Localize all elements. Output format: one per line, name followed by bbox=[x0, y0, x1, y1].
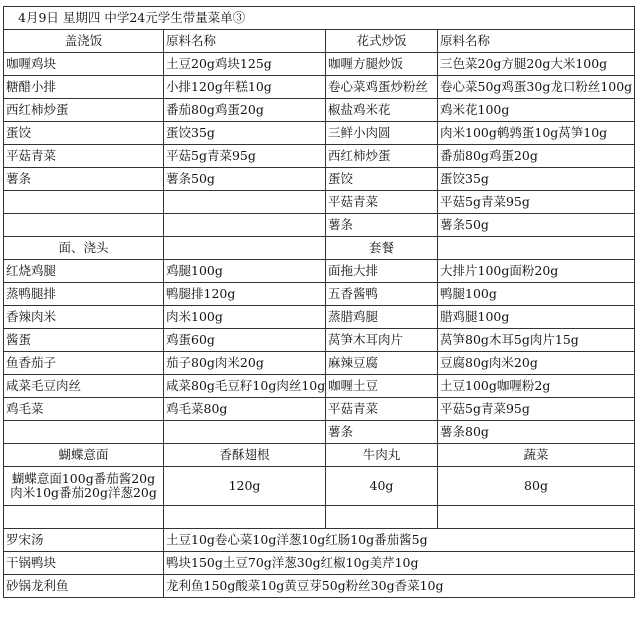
extra-chicken-wing-value: 120g bbox=[164, 467, 326, 506]
extra-vegetable-label: 蔬菜 bbox=[438, 444, 635, 467]
dish-name: 红烧鸡腿 bbox=[4, 260, 164, 283]
table-row: 平菇青菜 平菇5g青菜95g 西红柿炒蛋 番茄80g鸡蛋20g bbox=[4, 145, 635, 168]
dish-name: 蛋饺 bbox=[4, 122, 164, 145]
dish-ingredients: 平菇5g青菜95g bbox=[438, 398, 635, 421]
dish-name: 咸菜毛豆肉丝 bbox=[4, 375, 164, 398]
dish-ingredients bbox=[164, 191, 326, 214]
table-row: 咖喱鸡块 土豆20g鸡块125g 咖喱方腿炒饭 三色菜20g方腿20g大米100… bbox=[4, 53, 635, 76]
dish-ingredients: 茄子80g肉米20g bbox=[164, 352, 326, 375]
extras-values-row: 蝴蝶意面100g番茄酱20g 肉米10g番茄20g洋葱20g 120g 40g … bbox=[4, 467, 635, 506]
header-right-name: 花式炒饭 bbox=[326, 30, 438, 53]
header-left-ingredients: 原料名称 bbox=[164, 30, 326, 53]
table-row: 平菇青菜 平菇5g青菜95g bbox=[4, 191, 635, 214]
dish-name: 咖喱土豆 bbox=[326, 375, 438, 398]
title-row: 4月9日 星期四 中学24元学生带量菜单③ bbox=[4, 7, 635, 30]
dish-ingredients: 龙利鱼150g酸菜10g黄豆芽50g粉丝30g香菜10g bbox=[164, 575, 635, 598]
dish-ingredients: 鸡腿100g bbox=[164, 260, 326, 283]
dish-ingredients: 卷心菜50g鸡蛋30g龙口粉丝100g bbox=[438, 76, 635, 99]
header-row: 盖浇饭 原料名称 花式炒饭 原料名称 bbox=[4, 30, 635, 53]
dish-ingredients: 鸭块150g土豆70g洋葱30g红椒10g美芹10g bbox=[164, 552, 635, 575]
dish-ingredients: 番茄80g鸡蛋20g bbox=[164, 99, 326, 122]
table-row: 咸菜毛豆肉丝 咸菜80g毛豆籽10g肉丝10g 咖喱土豆 土豆100g咖喱粉2g bbox=[4, 375, 635, 398]
dish-ingredients bbox=[164, 214, 326, 237]
dish-ingredients: 大排片100g面粉20g bbox=[438, 260, 635, 283]
dish-ingredients: 肉米100g鹌鹑蛋10g莴笋10g bbox=[438, 122, 635, 145]
dish-ingredients: 肉米100g bbox=[164, 306, 326, 329]
table-row: 糖醋小排 小排120g年糕10g 卷心菜鸡蛋炒粉丝 卷心菜50g鸡蛋30g龙口粉… bbox=[4, 76, 635, 99]
table-row: 砂锅龙利鱼 龙利鱼150g酸菜10g黄豆芽50g粉丝30g香菜10g bbox=[4, 575, 635, 598]
dish-ingredients: 蛋饺35g bbox=[438, 168, 635, 191]
dish-name bbox=[4, 214, 164, 237]
dish-ingredients: 鸭腿100g bbox=[438, 283, 635, 306]
menu-title: 4月9日 星期四 中学24元学生带量菜单③ bbox=[4, 7, 635, 30]
dish-ingredients bbox=[164, 421, 326, 444]
dish-ingredients: 鸡蛋60g bbox=[164, 329, 326, 352]
menu-table: 4月9日 星期四 中学24元学生带量菜单③ 盖浇饭 原料名称 花式炒饭 原料名称… bbox=[3, 6, 635, 598]
dish-name: 三鲜小肉圆 bbox=[326, 122, 438, 145]
extra-beef-ball-label: 牛肉丸 bbox=[326, 444, 438, 467]
blank-cell bbox=[164, 506, 326, 529]
dish-name: 鸡毛菜 bbox=[4, 398, 164, 421]
dish-ingredients: 土豆100g咖喱粉2g bbox=[438, 375, 635, 398]
dish-name: 薯条 bbox=[326, 214, 438, 237]
dish-name: 咖喱鸡块 bbox=[4, 53, 164, 76]
section-header-row: 面、浇头 套餐 bbox=[4, 237, 635, 260]
blank-cell bbox=[326, 506, 438, 529]
section-header-noodles: 面、浇头 bbox=[4, 237, 164, 260]
dish-name: 薯条 bbox=[326, 421, 438, 444]
blank-cell bbox=[438, 506, 635, 529]
extra-chicken-wing-label: 香酥翅根 bbox=[164, 444, 326, 467]
table-row: 蒸鸭腿排 鸭腿排120g 五香酱鸭 鸭腿100g bbox=[4, 283, 635, 306]
dish-name: 酱蛋 bbox=[4, 329, 164, 352]
dish-ingredients: 莴笋80g木耳5g肉片15g bbox=[438, 329, 635, 352]
table-row: 蛋饺 蛋饺35g 三鲜小肉圆 肉米100g鹌鹑蛋10g莴笋10g bbox=[4, 122, 635, 145]
dish-name: 莴笋木耳肉片 bbox=[326, 329, 438, 352]
dish-name: 蛋饺 bbox=[326, 168, 438, 191]
dish-name: 砂锅龙利鱼 bbox=[4, 575, 164, 598]
table-row: 薯条 薯条50g 蛋饺 蛋饺35g bbox=[4, 168, 635, 191]
extra-beef-ball-value: 40g bbox=[326, 467, 438, 506]
dish-ingredients: 土豆10g卷心菜10g洋葱10g红肠10g番茄酱5g bbox=[164, 529, 635, 552]
table-row: 西红柿炒蛋 番茄80g鸡蛋20g 椒盐鸡米花 鸡米花100g bbox=[4, 99, 635, 122]
header-right-ingredients: 原料名称 bbox=[438, 30, 635, 53]
table-row: 薯条 薯条50g bbox=[4, 214, 635, 237]
table-row: 薯条 薯条80g bbox=[4, 421, 635, 444]
extras-header-row: 蝴蝶意面 香酥翅根 牛肉丸 蔬菜 bbox=[4, 444, 635, 467]
dish-ingredients: 三色菜20g方腿20g大米100g bbox=[438, 53, 635, 76]
dish-name: 蒸鸭腿排 bbox=[4, 283, 164, 306]
section-header-blank bbox=[438, 237, 635, 260]
extra-vegetable-value: 80g bbox=[438, 467, 635, 506]
dish-ingredients: 腊鸡腿100g bbox=[438, 306, 635, 329]
dish-name: 卷心菜鸡蛋炒粉丝 bbox=[326, 76, 438, 99]
table-row: 鱼香茄子 茄子80g肉米20g 麻辣豆腐 豆腐80g肉米20g bbox=[4, 352, 635, 375]
table-row: 酱蛋 鸡蛋60g 莴笋木耳肉片 莴笋80g木耳5g肉片15g bbox=[4, 329, 635, 352]
section-header-set-meal: 套餐 bbox=[326, 237, 438, 260]
dish-name: 西红柿炒蛋 bbox=[326, 145, 438, 168]
dish-name: 蒸腊鸡腿 bbox=[326, 306, 438, 329]
dish-ingredients: 土豆20g鸡块125g bbox=[164, 53, 326, 76]
blank-cell bbox=[4, 506, 164, 529]
dish-name: 平菇青菜 bbox=[326, 398, 438, 421]
section-header-blank bbox=[164, 237, 326, 260]
dish-name: 西红柿炒蛋 bbox=[4, 99, 164, 122]
dish-ingredients: 鸡米花100g bbox=[438, 99, 635, 122]
dish-name: 五香酱鸭 bbox=[326, 283, 438, 306]
dish-name: 糖醋小排 bbox=[4, 76, 164, 99]
dish-name: 椒盐鸡米花 bbox=[326, 99, 438, 122]
dish-name bbox=[4, 421, 164, 444]
table-row: 干锅鸭块 鸭块150g土豆70g洋葱30g红椒10g美芹10g bbox=[4, 552, 635, 575]
dish-ingredients: 豆腐80g肉米20g bbox=[438, 352, 635, 375]
dish-ingredients: 蛋饺35g bbox=[164, 122, 326, 145]
dish-name: 平菇青菜 bbox=[4, 145, 164, 168]
dish-name: 干锅鸭块 bbox=[4, 552, 164, 575]
dish-name bbox=[4, 191, 164, 214]
dish-name: 咖喱方腿炒饭 bbox=[326, 53, 438, 76]
table-row: 罗宋汤 土豆10g卷心菜10g洋葱10g红肠10g番茄酱5g bbox=[4, 529, 635, 552]
dish-name: 鱼香茄子 bbox=[4, 352, 164, 375]
dish-ingredients: 番茄80g鸡蛋20g bbox=[438, 145, 635, 168]
dish-ingredients: 薯条80g bbox=[438, 421, 635, 444]
dish-name: 面拖大排 bbox=[326, 260, 438, 283]
table-row: 香辣肉米 肉米100g 蒸腊鸡腿 腊鸡腿100g bbox=[4, 306, 635, 329]
dish-ingredients: 小排120g年糕10g bbox=[164, 76, 326, 99]
dish-ingredients: 鸡毛菜80g bbox=[164, 398, 326, 421]
header-left-name: 盖浇饭 bbox=[4, 30, 164, 53]
dish-ingredients: 鸭腿排120g bbox=[164, 283, 326, 306]
dish-name: 平菇青菜 bbox=[326, 191, 438, 214]
extra-butterfly-pasta-value: 蝴蝶意面100g番茄酱20g 肉米10g番茄20g洋葱20g bbox=[4, 467, 164, 506]
dish-name: 薯条 bbox=[4, 168, 164, 191]
dish-name: 香辣肉米 bbox=[4, 306, 164, 329]
dish-ingredients: 薯条50g bbox=[164, 168, 326, 191]
table-row: 红烧鸡腿 鸡腿100g 面拖大排 大排片100g面粉20g bbox=[4, 260, 635, 283]
dish-name: 麻辣豆腐 bbox=[326, 352, 438, 375]
dish-name: 罗宋汤 bbox=[4, 529, 164, 552]
dish-ingredients: 咸菜80g毛豆籽10g肉丝10g bbox=[164, 375, 326, 398]
dish-ingredients: 平菇5g青菜95g bbox=[164, 145, 326, 168]
blank-row bbox=[4, 506, 635, 529]
extra-butterfly-pasta-label: 蝴蝶意面 bbox=[4, 444, 164, 467]
dish-ingredients: 平菇5g青菜95g bbox=[438, 191, 635, 214]
table-row: 鸡毛菜 鸡毛菜80g 平菇青菜 平菇5g青菜95g bbox=[4, 398, 635, 421]
dish-ingredients: 薯条50g bbox=[438, 214, 635, 237]
